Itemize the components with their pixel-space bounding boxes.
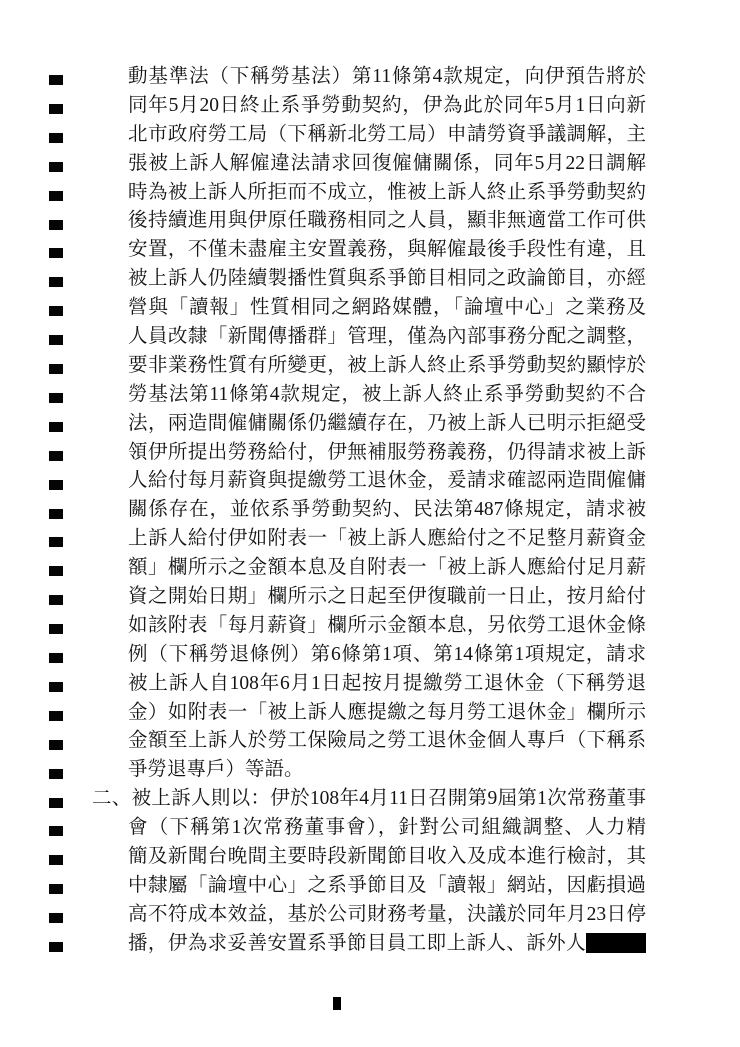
text-line: 關係存在，並依系爭勞動契約、民法第487條規定，請求被: [128, 496, 646, 525]
text-block: 動基準法（下稱勞基法）第11條第4款規定，向伊預告將於同年5月20日終止系爭勞動…: [128, 63, 646, 959]
text-line: 如該附表「每月薪資」欄所示金額本息，另依勞工退休金條: [128, 612, 646, 641]
binding-mark: [49, 711, 63, 721]
binding-mark: [49, 769, 63, 779]
binding-mark: [49, 826, 63, 836]
binding-mark: [49, 537, 63, 547]
text-line: 額」欄所示之金額本息及自附表一「被上訴人應給付足月薪: [128, 554, 646, 583]
text-line: 上訴人給付伊如附表一「被上訴人應給付之不足整月薪資金: [128, 525, 646, 554]
redaction-box: [586, 933, 646, 953]
text-line: 中隸屬「論壇中心」之系爭節目及「讀報」網站，因虧損過: [128, 872, 646, 901]
text-line: 二、被上訴人則以：伊於108年4月11日召開第9屆第1次常務董事: [92, 785, 646, 814]
binding-mark: [49, 509, 63, 519]
text-line: 人員改隸「新聞傳播群」管理，僅為內部事務分配之調整，: [128, 323, 646, 352]
binding-mark: [49, 220, 63, 230]
binding-mark: [49, 364, 63, 374]
text-line: 同年5月20日終止系爭勞動契約，伊為此於同年5月1日向新: [128, 92, 646, 121]
binding-mark: [49, 566, 63, 576]
text-line: 金）如附表一「被上訴人應提繳之每月勞工退休金」欄所示: [128, 699, 646, 728]
text-line: 被上訴人自108年6月1日起按月提繳勞工退休金（下稱勞退: [128, 670, 646, 699]
text-line: 時為被上訴人所拒而不成立，惟被上訴人終止系爭勞動契約: [128, 179, 646, 208]
binding-mark: [49, 162, 63, 172]
binding-mark: [49, 855, 63, 865]
text-line: 後持續進用與伊原任職務相同之人員，顯非無適當工作可供: [128, 207, 646, 236]
text-line: 人給付每月薪資與提繳勞工退休金，爰請求確認兩造間僱傭: [128, 467, 646, 496]
text-line: 被上訴人仍陸續製播性質與系爭節目相同之政論節目，亦經: [128, 265, 646, 294]
binding-mark: [49, 422, 63, 432]
text-line: 張被上訴人解僱違法請求回復僱傭關係，同年5月22日調解: [128, 150, 646, 179]
text-line: 例（下稱勞退條例）第6條第1項、第14條第1項規定，請求: [128, 641, 646, 670]
binding-mark: [49, 277, 63, 287]
binding-mark: [49, 798, 63, 808]
text-line: 高不符成本效益，基於公司財務考量，決議於同年月23日停: [128, 901, 646, 930]
binding-mark: [49, 306, 63, 316]
text-line: 北市政府勞工局（下稱新北勞工局）申請勞資爭議調解，主: [128, 121, 646, 150]
list-item-marker: 二、: [92, 788, 132, 809]
binding-mark: [49, 653, 63, 663]
binding-mark: [49, 942, 63, 952]
binding-mark: [49, 740, 63, 750]
text-line: 動基準法（下稱勞基法）第11條第4款規定，向伊預告將於: [128, 63, 646, 92]
binding-mark: [49, 913, 63, 923]
binding-mark: [49, 133, 63, 143]
binding-mark: [49, 451, 63, 461]
text-line: 會（下稱第1次常務董事會），針對公司組織調整、人力精: [128, 814, 646, 843]
text-line: 法，兩造間僱傭關係仍繼續存在，乃被上訴人已明示拒絕受: [128, 410, 646, 439]
binding-mark: [49, 104, 63, 114]
binding-mark: [49, 75, 63, 85]
text-line: 爭勞退專戶）等語。: [128, 756, 646, 785]
text-line: 領伊所提出勞務給付，伊無補服勞務義務，仍得請求被上訴: [128, 439, 646, 468]
binding-mark: [49, 248, 63, 258]
text-line: 播，伊為求妥善安置系爭節目員工即上訴人、訴外人: [128, 930, 646, 959]
text-line: 簡及新聞台晚間主要時段新聞節目收入及成本進行檢討，其: [128, 843, 646, 872]
page: 動基準法（下稱勞基法）第11條第4款規定，向伊預告將於同年5月20日終止系爭勞動…: [0, 0, 740, 1047]
binding-mark: [49, 393, 63, 403]
binding-mark: [49, 480, 63, 490]
binding-mark: [49, 884, 63, 894]
footer-mark: [333, 997, 341, 1010]
binding-mark: [49, 335, 63, 345]
binding-mark: [49, 595, 63, 605]
binding-mark: [49, 624, 63, 634]
text-line: 要非業務性質有所變更，被上訴人終止系爭勞動契約顯悖於: [128, 352, 646, 381]
text-line: 安置，不僅未盡雇主安置義務，與解僱最後手段性有違，且: [128, 236, 646, 265]
text-line: 營與「讀報」性質相同之網路媒體，「論壇中心」之業務及: [128, 294, 646, 323]
binding-mark: [49, 682, 63, 692]
binding-mark: [49, 191, 63, 201]
text-line: 資之開始日期」欄所示之日起至伊復職前一日止，按月給付: [128, 583, 646, 612]
text-line: 勞基法第11條第4款規定，被上訴人終止系爭勞動契約不合: [128, 381, 646, 410]
text-line: 金額至上訴人於勞工保險局之勞工退休金個人專戶（下稱系: [128, 727, 646, 756]
